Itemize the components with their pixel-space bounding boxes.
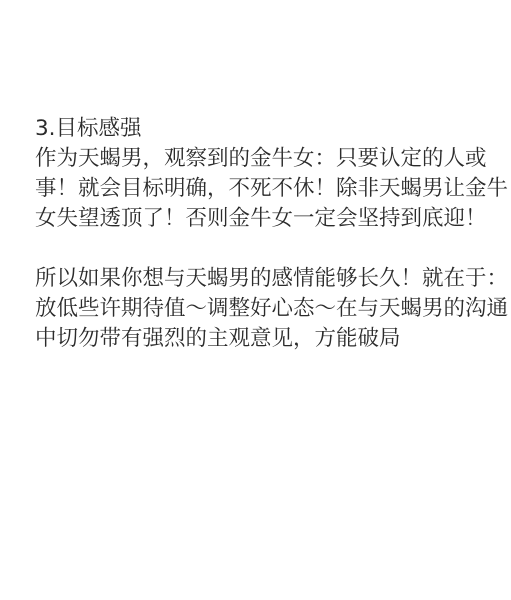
paragraph-spacer	[35, 234, 505, 264]
document-body: 3.目标感强 作为天蝎男，观察到的金牛女：只要认定的人或 事！就会目标明确，不死…	[35, 114, 505, 354]
text-line: 放低些许期待值～调整好心态～在与天蝎男的沟通	[35, 294, 505, 324]
paragraph-2: 所以如果你想与天蝎男的感情能够长久！就在于： 放低些许期待值～调整好心态～在与天…	[35, 264, 505, 354]
text-line: 女失望透顶了！否则金牛女一定会坚持到底迎！	[35, 204, 505, 234]
text-line: 事！就会目标明确，不死不休！除非天蝎男让金牛	[35, 174, 505, 204]
section-heading: 3.目标感强	[35, 114, 505, 144]
paragraph-1: 3.目标感强 作为天蝎男，观察到的金牛女：只要认定的人或 事！就会目标明确，不死…	[35, 114, 505, 234]
text-line: 作为天蝎男，观察到的金牛女：只要认定的人或	[35, 144, 505, 174]
text-line: 所以如果你想与天蝎男的感情能够长久！就在于：	[35, 264, 505, 294]
text-line: 中切勿带有强烈的主观意见，方能破局	[35, 324, 505, 354]
